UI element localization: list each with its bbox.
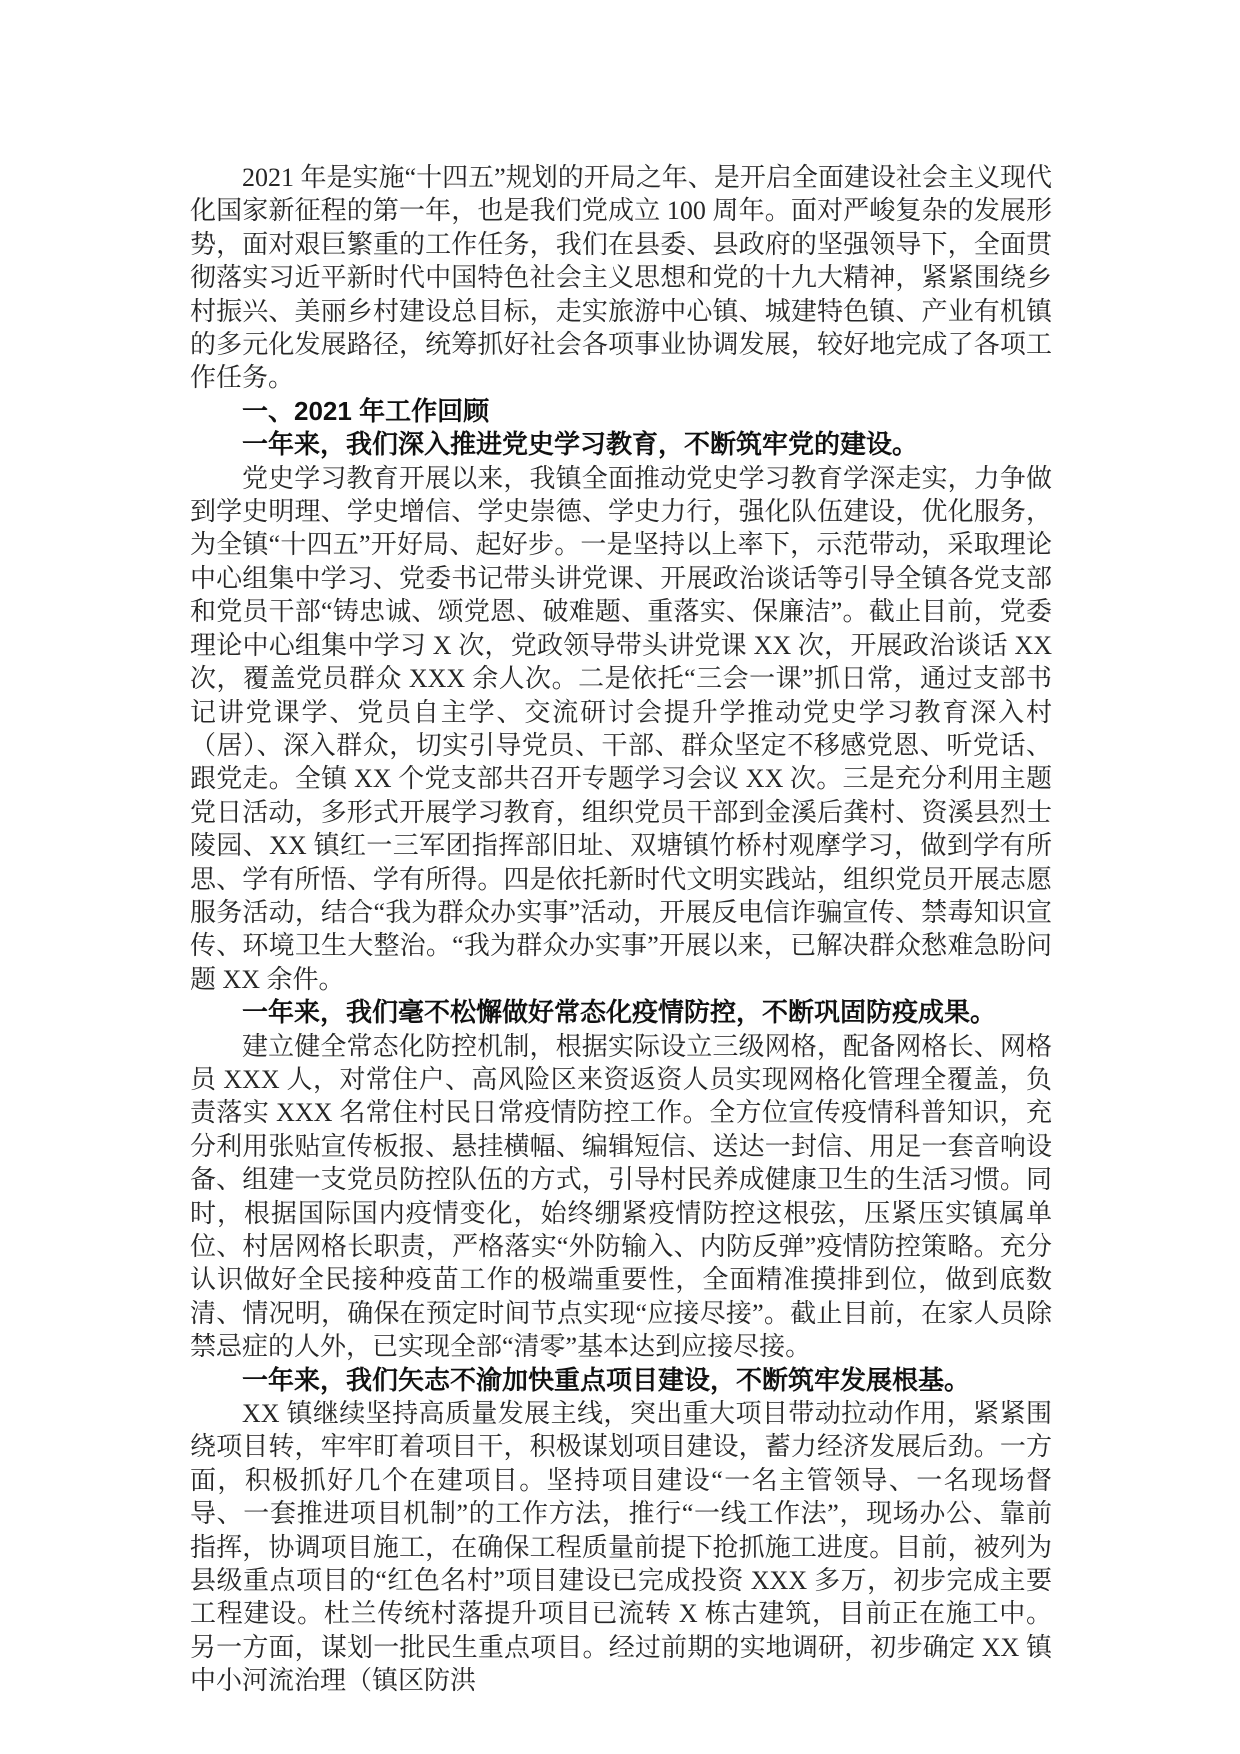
pandemic-prevention-paragraph: 建立健全常态化防控机制，根据实际设立三级网格，配备网格长、网格员 XXX 人，对… xyxy=(190,1030,1052,1364)
party-history-education-paragraph: 党史学习教育开展以来，我镇全面推动党史学习教育学深走实，力争做到学史明理、学史增… xyxy=(190,462,1052,997)
subsection-heading-pandemic-prevention: 一年来，我们毫不松懈做好常态化疫情防控，不断巩固防疫成果。 xyxy=(190,996,1052,1029)
key-projects-paragraph: XX 镇继续坚持高质量发展主线，突出重大项目带动拉动作用，紧紧围绕项目转，牢牢盯… xyxy=(190,1397,1052,1698)
intro-paragraph: 2021 年是实施“十四五”规划的开局之年、是开启全面建设社会主义现代化国家新征… xyxy=(190,161,1052,395)
document-page: 2021 年是实施“十四五”规划的开局之年、是开启全面建设社会主义现代化国家新征… xyxy=(0,0,1240,1754)
section-heading-2021-work-review: 一、2021 年工作回顾 xyxy=(190,395,1052,428)
subsection-heading-party-history-education: 一年来，我们深入推进党史学习教育，不断筑牢党的建设。 xyxy=(190,428,1052,461)
subsection-heading-key-projects: 一年来，我们矢志不渝加快重点项目建设，不断筑牢发展根基。 xyxy=(190,1364,1052,1397)
